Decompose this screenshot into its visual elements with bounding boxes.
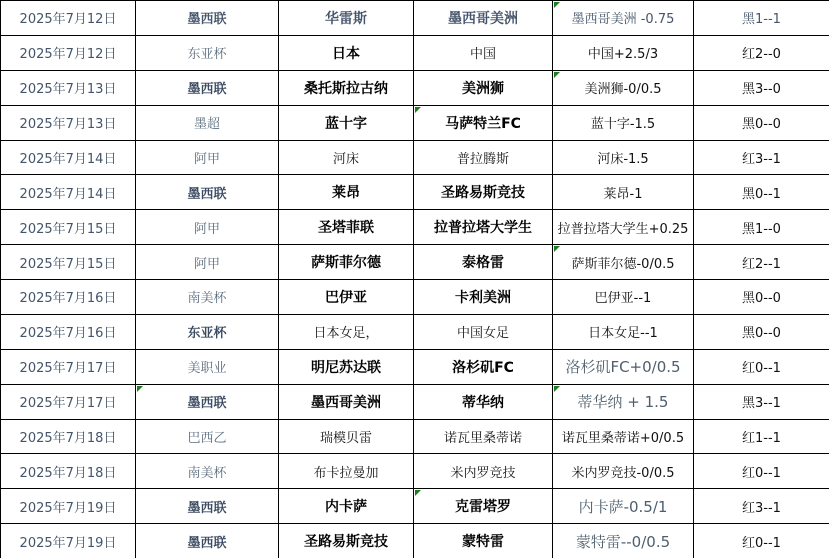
table-row: 2025年7月14日墨西联莱昂圣路易斯竞技莱昂-1黑0--1 xyxy=(1,175,829,210)
result-cell[interactable]: 红0--1 xyxy=(694,454,829,489)
home-team-cell[interactable]: 圣路易斯竞技 xyxy=(279,524,414,558)
table-row: 2025年7月17日墨西联墨西哥美洲蒂华纳蒂华纳 + 1.5黑3--1 xyxy=(1,384,829,419)
home-team-cell[interactable]: 萨斯菲尔德 xyxy=(279,245,414,280)
date-cell-text: 2025年7月14日 xyxy=(20,187,117,202)
date-cell-text: 2025年7月15日 xyxy=(20,257,117,272)
home-team-cell[interactable]: 明尼苏达联 xyxy=(279,349,414,384)
home-team-cell-text: 圣路易斯竞技 xyxy=(304,534,388,550)
away-team-cell[interactable]: 克雷塔罗 xyxy=(414,489,553,524)
handicap-cell-text: 拉普拉塔大学生+0.25 xyxy=(558,222,689,237)
home-team-cell-text: 桑托斯拉古纳 xyxy=(304,81,388,97)
date-cell-text: 2025年7月17日 xyxy=(20,361,117,376)
league-cell[interactable]: 东亚杯 xyxy=(136,35,279,70)
table-row: 2025年7月14日阿甲河床普拉腾斯河床-1.5红3--1 xyxy=(1,140,829,175)
result-cell-text: 红0--1 xyxy=(742,361,781,376)
handicap-cell-text: 美洲狮-0/0.5 xyxy=(584,82,661,97)
away-team-cell[interactable]: 中国女足 xyxy=(414,314,553,349)
date-cell[interactable]: 2025年7月12日 xyxy=(1,35,136,70)
league-cell-text: 东亚杯 xyxy=(187,47,226,62)
home-team-cell[interactable]: 蓝十字 xyxy=(279,105,414,140)
date-cell[interactable]: 2025年7月14日 xyxy=(1,140,136,175)
home-team-cell[interactable]: 墨西哥美洲 xyxy=(279,384,414,419)
home-team-cell[interactable]: 日本女足， xyxy=(279,314,414,349)
league-cell-text: 墨西联 xyxy=(187,396,226,411)
date-cell[interactable]: 2025年7月17日 xyxy=(1,384,136,419)
comment-marker-icon xyxy=(415,490,421,496)
result-cell[interactable]: 黑0--0 xyxy=(694,280,829,315)
away-team-cell[interactable]: 墨西哥美洲 xyxy=(414,1,553,36)
league-cell[interactable]: 南美杯 xyxy=(136,454,279,489)
result-cell[interactable]: 红2--0 xyxy=(694,35,829,70)
away-team-cell[interactable]: 洛杉矶FC xyxy=(414,349,553,384)
date-cell-text: 2025年7月13日 xyxy=(20,117,117,132)
result-cell-text: 黑1--1 xyxy=(742,12,781,27)
home-team-cell[interactable]: 瑞模贝雷 xyxy=(279,419,414,454)
table-row: 2025年7月13日墨西联桑托斯拉古纳美洲狮美洲狮-0/0.5黑3--0 xyxy=(1,70,829,105)
comment-marker-icon xyxy=(554,2,560,8)
result-cell-text: 黑0--1 xyxy=(742,187,781,202)
result-cell-text: 黑1--0 xyxy=(742,222,781,237)
away-team-cell-text: 诺瓦里桑蒂诺 xyxy=(444,431,522,446)
handicap-cell[interactable]: 日本女足--1 xyxy=(553,314,694,349)
date-cell[interactable]: 2025年7月16日 xyxy=(1,314,136,349)
home-team-cell-text: 明尼苏达联 xyxy=(311,360,381,376)
table-row: 2025年7月12日墨西联华雷斯墨西哥美洲墨西哥美洲 -0.75黑1--1 xyxy=(1,1,829,36)
date-cell-text: 2025年7月16日 xyxy=(20,326,117,341)
table-row: 2025年7月13日墨超蓝十字马萨特兰FC蓝十字-1.5黑0--0 xyxy=(1,105,829,140)
league-cell-text: 墨西联 xyxy=(187,187,226,202)
away-team-cell[interactable]: 拉普拉塔大学生 xyxy=(414,210,553,245)
home-team-cell[interactable]: 华雷斯 xyxy=(279,1,414,36)
league-cell-text: 墨西联 xyxy=(187,82,226,97)
table-row: 2025年7月18日巴西乙瑞模贝雷诺瓦里桑蒂诺诺瓦里桑蒂诺+0/0.5红1--1 xyxy=(1,419,829,454)
date-cell[interactable]: 2025年7月17日 xyxy=(1,349,136,384)
result-cell-text: 红0--1 xyxy=(742,466,781,481)
table-row: 2025年7月15日阿甲萨斯菲尔德泰格雷萨斯菲尔德-0/0.5红2--1 xyxy=(1,245,829,280)
result-cell-text: 红1--1 xyxy=(742,431,781,446)
home-team-cell-text: 日本 xyxy=(332,46,360,62)
home-team-cell-text: 蓝十字 xyxy=(325,116,367,132)
away-team-cell[interactable]: 普拉腾斯 xyxy=(414,140,553,175)
result-cell-text: 黑0--0 xyxy=(742,117,781,132)
handicap-cell[interactable]: 洛杉矶FC+0/0.5 xyxy=(553,349,694,384)
away-team-cell-text: 蒂华纳 xyxy=(462,395,504,411)
date-cell[interactable]: 2025年7月15日 xyxy=(1,245,136,280)
date-cell-text: 2025年7月14日 xyxy=(20,152,117,167)
away-team-cell[interactable]: 蒙特雷 xyxy=(414,524,553,558)
date-cell[interactable]: 2025年7月19日 xyxy=(1,524,136,558)
handicap-cell-text: 日本女足--1 xyxy=(588,326,658,341)
away-team-cell[interactable]: 马萨特兰FC xyxy=(414,105,553,140)
away-team-cell-text: 墨西哥美洲 xyxy=(448,11,518,27)
away-team-cell[interactable]: 卡利美洲 xyxy=(414,280,553,315)
home-team-cell[interactable]: 日本 xyxy=(279,35,414,70)
result-cell[interactable]: 黑0--1 xyxy=(694,175,829,210)
league-cell[interactable]: 墨西联 xyxy=(136,70,279,105)
result-cell-text: 红2--0 xyxy=(742,47,781,62)
away-team-cell-text: 蒙特雷 xyxy=(462,534,504,550)
away-team-cell-text: 普拉腾斯 xyxy=(457,152,509,167)
handicap-cell-text: 中国+2.5/3 xyxy=(588,47,658,62)
result-cell[interactable]: 黑1--0 xyxy=(694,210,829,245)
home-team-cell-text: 莱昂 xyxy=(332,185,360,201)
home-team-cell-text: 河床 xyxy=(333,152,359,167)
league-cell-text: 阿甲 xyxy=(194,152,220,167)
league-cell-text: 美职业 xyxy=(187,361,226,376)
match-table-body: 2025年7月12日墨西联华雷斯墨西哥美洲墨西哥美洲 -0.75黑1--1202… xyxy=(1,1,829,558)
handicap-cell[interactable]: 蓝十字-1.5 xyxy=(553,105,694,140)
league-cell[interactable]: 巴西乙 xyxy=(136,419,279,454)
result-cell-text: 黑0--0 xyxy=(742,326,781,341)
away-team-cell-text: 中国女足 xyxy=(457,326,509,341)
handicap-cell-text: 萨斯菲尔德-0/0.5 xyxy=(571,257,674,272)
away-team-cell[interactable]: 诺瓦里桑蒂诺 xyxy=(414,419,553,454)
comment-marker-icon xyxy=(554,72,560,78)
table-row: 2025年7月18日南美杯布卡拉曼加米内罗竞技米内罗竞技-0/0.5红0--1 xyxy=(1,454,829,489)
handicap-cell[interactable]: 中国+2.5/3 xyxy=(553,35,694,70)
date-cell[interactable]: 2025年7月13日 xyxy=(1,70,136,105)
away-team-cell-text: 中国 xyxy=(470,47,496,62)
date-cell-text: 2025年7月13日 xyxy=(20,82,117,97)
home-team-cell[interactable]: 莱昂 xyxy=(279,175,414,210)
result-cell[interactable]: 红3--1 xyxy=(694,489,829,524)
handicap-cell[interactable]: 米内罗竞技-0/0.5 xyxy=(553,454,694,489)
handicap-cell[interactable]: 内卡萨-0.5/1 xyxy=(553,489,694,524)
table-row: 2025年7月19日墨西联内卡萨克雷塔罗内卡萨-0.5/1红3--1 xyxy=(1,489,829,524)
league-cell[interactable]: 墨超 xyxy=(136,105,279,140)
handicap-cell[interactable]: 巴伊亚--1 xyxy=(553,280,694,315)
date-cell[interactable]: 2025年7月18日 xyxy=(1,419,136,454)
league-cell-text: 墨西联 xyxy=(187,501,226,516)
result-cell[interactable]: 黑3--0 xyxy=(694,70,829,105)
league-cell[interactable]: 东亚杯 xyxy=(136,314,279,349)
league-cell-text: 南美杯 xyxy=(187,466,226,481)
league-cell[interactable]: 墨西联 xyxy=(136,524,279,558)
away-team-cell-text: 米内罗竞技 xyxy=(450,466,515,481)
date-cell-text: 2025年7月18日 xyxy=(20,466,117,481)
table-row: 2025年7月12日东亚杯日本中国中国+2.5/3红2--0 xyxy=(1,35,829,70)
comment-marker-icon xyxy=(554,386,560,392)
date-cell[interactable]: 2025年7月14日 xyxy=(1,175,136,210)
result-cell[interactable]: 红1--1 xyxy=(694,419,829,454)
away-team-cell[interactable]: 泰格雷 xyxy=(414,245,553,280)
handicap-cell-text: 内卡萨-0.5/1 xyxy=(579,498,668,516)
handicap-cell-text: 莱昂-1 xyxy=(604,187,643,202)
handicap-cell-text: 蒙特雷--0/0.5 xyxy=(576,533,670,551)
table-row: 2025年7月15日阿甲圣塔菲联拉普拉塔大学生拉普拉塔大学生+0.25黑1--0 xyxy=(1,210,829,245)
home-team-cell-text: 内卡萨 xyxy=(325,499,367,515)
league-cell[interactable]: 墨西联 xyxy=(136,384,279,419)
league-cell-text: 阿甲 xyxy=(194,257,220,272)
handicap-cell-text: 米内罗竞技-0/0.5 xyxy=(571,466,674,481)
result-cell[interactable]: 红0--1 xyxy=(694,349,829,384)
comment-marker-icon xyxy=(554,246,560,252)
league-cell-text: 南美杯 xyxy=(187,291,226,306)
away-team-cell[interactable]: 米内罗竞技 xyxy=(414,454,553,489)
league-cell[interactable]: 墨西联 xyxy=(136,489,279,524)
result-cell[interactable]: 红2--1 xyxy=(694,245,829,280)
result-cell[interactable]: 黑0--0 xyxy=(694,105,829,140)
spreadsheet-match-table: 2025年7月12日墨西联华雷斯墨西哥美洲墨西哥美洲 -0.75黑1--1202… xyxy=(0,0,829,558)
date-cell-text: 2025年7月15日 xyxy=(20,222,117,237)
league-cell[interactable]: 阿甲 xyxy=(136,245,279,280)
away-team-cell-text: 洛杉矶FC xyxy=(452,360,514,376)
comment-marker-icon xyxy=(415,107,421,113)
result-cell[interactable]: 红0--1 xyxy=(694,524,829,558)
away-team-cell-text: 圣路易斯竞技 xyxy=(441,185,525,201)
league-cell-text: 墨西联 xyxy=(187,536,226,551)
home-team-cell[interactable]: 河床 xyxy=(279,140,414,175)
table-row: 2025年7月19日墨西联圣路易斯竞技蒙特雷蒙特雷--0/0.5红0--1 xyxy=(1,524,829,558)
handicap-cell[interactable]: 美洲狮-0/0.5 xyxy=(553,70,694,105)
handicap-cell-text: 巴伊亚--1 xyxy=(595,291,652,306)
handicap-cell-text: 蒂华纳 + 1.5 xyxy=(578,393,669,411)
date-cell-text: 2025年7月12日 xyxy=(20,47,117,62)
away-team-cell-text: 拉普拉塔大学生 xyxy=(434,220,532,236)
date-cell[interactable]: 2025年7月15日 xyxy=(1,210,136,245)
home-team-cell-text: 华雷斯 xyxy=(325,11,367,27)
date-cell[interactable]: 2025年7月19日 xyxy=(1,489,136,524)
league-cell[interactable]: 南美杯 xyxy=(136,280,279,315)
result-cell[interactable]: 黑0--0 xyxy=(694,314,829,349)
handicap-cell[interactable]: 拉普拉塔大学生+0.25 xyxy=(553,210,694,245)
date-cell[interactable]: 2025年7月12日 xyxy=(1,1,136,36)
home-team-cell-text: 日本女足， xyxy=(313,326,378,341)
away-team-cell[interactable]: 蒂华纳 xyxy=(414,384,553,419)
handicap-cell-text: 诺瓦里桑蒂诺+0/0.5 xyxy=(562,431,684,446)
result-cell-text: 红0--1 xyxy=(742,536,781,551)
table-row: 2025年7月16日东亚杯日本女足，中国女足日本女足--1黑0--0 xyxy=(1,314,829,349)
date-cell-text: 2025年7月12日 xyxy=(20,12,117,27)
handicap-cell[interactable]: 诺瓦里桑蒂诺+0/0.5 xyxy=(553,419,694,454)
league-cell-text: 巴西乙 xyxy=(187,431,226,446)
away-team-cell[interactable]: 圣路易斯竞技 xyxy=(414,175,553,210)
handicap-cell-text: 洛杉矶FC+0/0.5 xyxy=(565,358,680,376)
handicap-cell[interactable]: 莱昂-1 xyxy=(553,175,694,210)
handicap-cell-text: 河床-1.5 xyxy=(597,152,648,167)
result-cell[interactable]: 红3--1 xyxy=(694,140,829,175)
table-row: 2025年7月16日南美杯巴伊亚卡利美洲巴伊亚--1黑0--0 xyxy=(1,280,829,315)
date-cell-text: 2025年7月17日 xyxy=(20,396,117,411)
away-team-cell-text: 克雷塔罗 xyxy=(455,499,511,515)
away-team-cell-text: 泰格雷 xyxy=(462,255,504,271)
league-cell[interactable]: 美职业 xyxy=(136,349,279,384)
result-cell-text: 红2--1 xyxy=(742,257,781,272)
away-team-cell-text: 卡利美洲 xyxy=(455,290,511,306)
handicap-cell[interactable]: 河床-1.5 xyxy=(553,140,694,175)
league-cell[interactable]: 墨西联 xyxy=(136,1,279,36)
date-cell[interactable]: 2025年7月18日 xyxy=(1,454,136,489)
match-table: 2025年7月12日墨西联华雷斯墨西哥美洲墨西哥美洲 -0.75黑1--1202… xyxy=(0,0,829,558)
date-cell-text: 2025年7月19日 xyxy=(20,536,117,551)
league-cell-text: 阿甲 xyxy=(194,222,220,237)
league-cell-text: 东亚杯 xyxy=(187,326,226,341)
away-team-cell[interactable]: 中国 xyxy=(414,35,553,70)
home-team-cell[interactable]: 内卡萨 xyxy=(279,489,414,524)
result-cell-text: 黑0--0 xyxy=(742,291,781,306)
table-row: 2025年7月17日美职业明尼苏达联洛杉矶FC洛杉矶FC+0/0.5红0--1 xyxy=(1,349,829,384)
home-team-cell[interactable]: 桑托斯拉古纳 xyxy=(279,70,414,105)
league-cell[interactable]: 墨西联 xyxy=(136,175,279,210)
result-cell[interactable]: 黑3--1 xyxy=(694,384,829,419)
home-team-cell-text: 瑞模贝雷 xyxy=(320,431,372,446)
home-team-cell-text: 墨西哥美洲 xyxy=(311,395,381,411)
home-team-cell[interactable]: 布卡拉曼加 xyxy=(279,454,414,489)
home-team-cell-text: 巴伊亚 xyxy=(325,290,367,306)
handicap-cell[interactable]: 蒙特雷--0/0.5 xyxy=(553,524,694,558)
handicap-cell[interactable]: 蒂华纳 + 1.5 xyxy=(553,384,694,419)
league-cell[interactable]: 阿甲 xyxy=(136,140,279,175)
date-cell[interactable]: 2025年7月13日 xyxy=(1,105,136,140)
handicap-cell[interactable]: 墨西哥美洲 -0.75 xyxy=(553,1,694,36)
away-team-cell[interactable]: 美洲狮 xyxy=(414,70,553,105)
handicap-cell-text: 蓝十字-1.5 xyxy=(591,117,655,132)
home-team-cell-text: 萨斯菲尔德 xyxy=(311,255,381,271)
away-team-cell-text: 马萨特兰FC xyxy=(445,116,521,132)
result-cell-text: 红3--1 xyxy=(742,501,781,516)
home-team-cell-text: 圣塔菲联 xyxy=(318,220,374,236)
home-team-cell-text: 布卡拉曼加 xyxy=(313,466,378,481)
handicap-cell[interactable]: 萨斯菲尔德-0/0.5 xyxy=(553,245,694,280)
date-cell-text: 2025年7月16日 xyxy=(20,291,117,306)
league-cell-text: 墨西联 xyxy=(187,12,226,27)
league-cell-text: 墨超 xyxy=(194,117,220,132)
date-cell[interactable]: 2025年7月16日 xyxy=(1,280,136,315)
date-cell-text: 2025年7月18日 xyxy=(20,431,117,446)
result-cell-text: 红3--1 xyxy=(742,152,781,167)
result-cell-text: 黑3--1 xyxy=(742,396,781,411)
handicap-cell-text: 墨西哥美洲 -0.75 xyxy=(572,12,675,27)
away-team-cell-text: 美洲狮 xyxy=(462,81,504,97)
date-cell-text: 2025年7月19日 xyxy=(20,501,117,516)
league-cell[interactable]: 阿甲 xyxy=(136,210,279,245)
comment-marker-icon xyxy=(137,386,143,392)
home-team-cell[interactable]: 圣塔菲联 xyxy=(279,210,414,245)
result-cell-text: 黑3--0 xyxy=(742,82,781,97)
home-team-cell[interactable]: 巴伊亚 xyxy=(279,280,414,315)
result-cell[interactable]: 黑1--1 xyxy=(694,1,829,36)
